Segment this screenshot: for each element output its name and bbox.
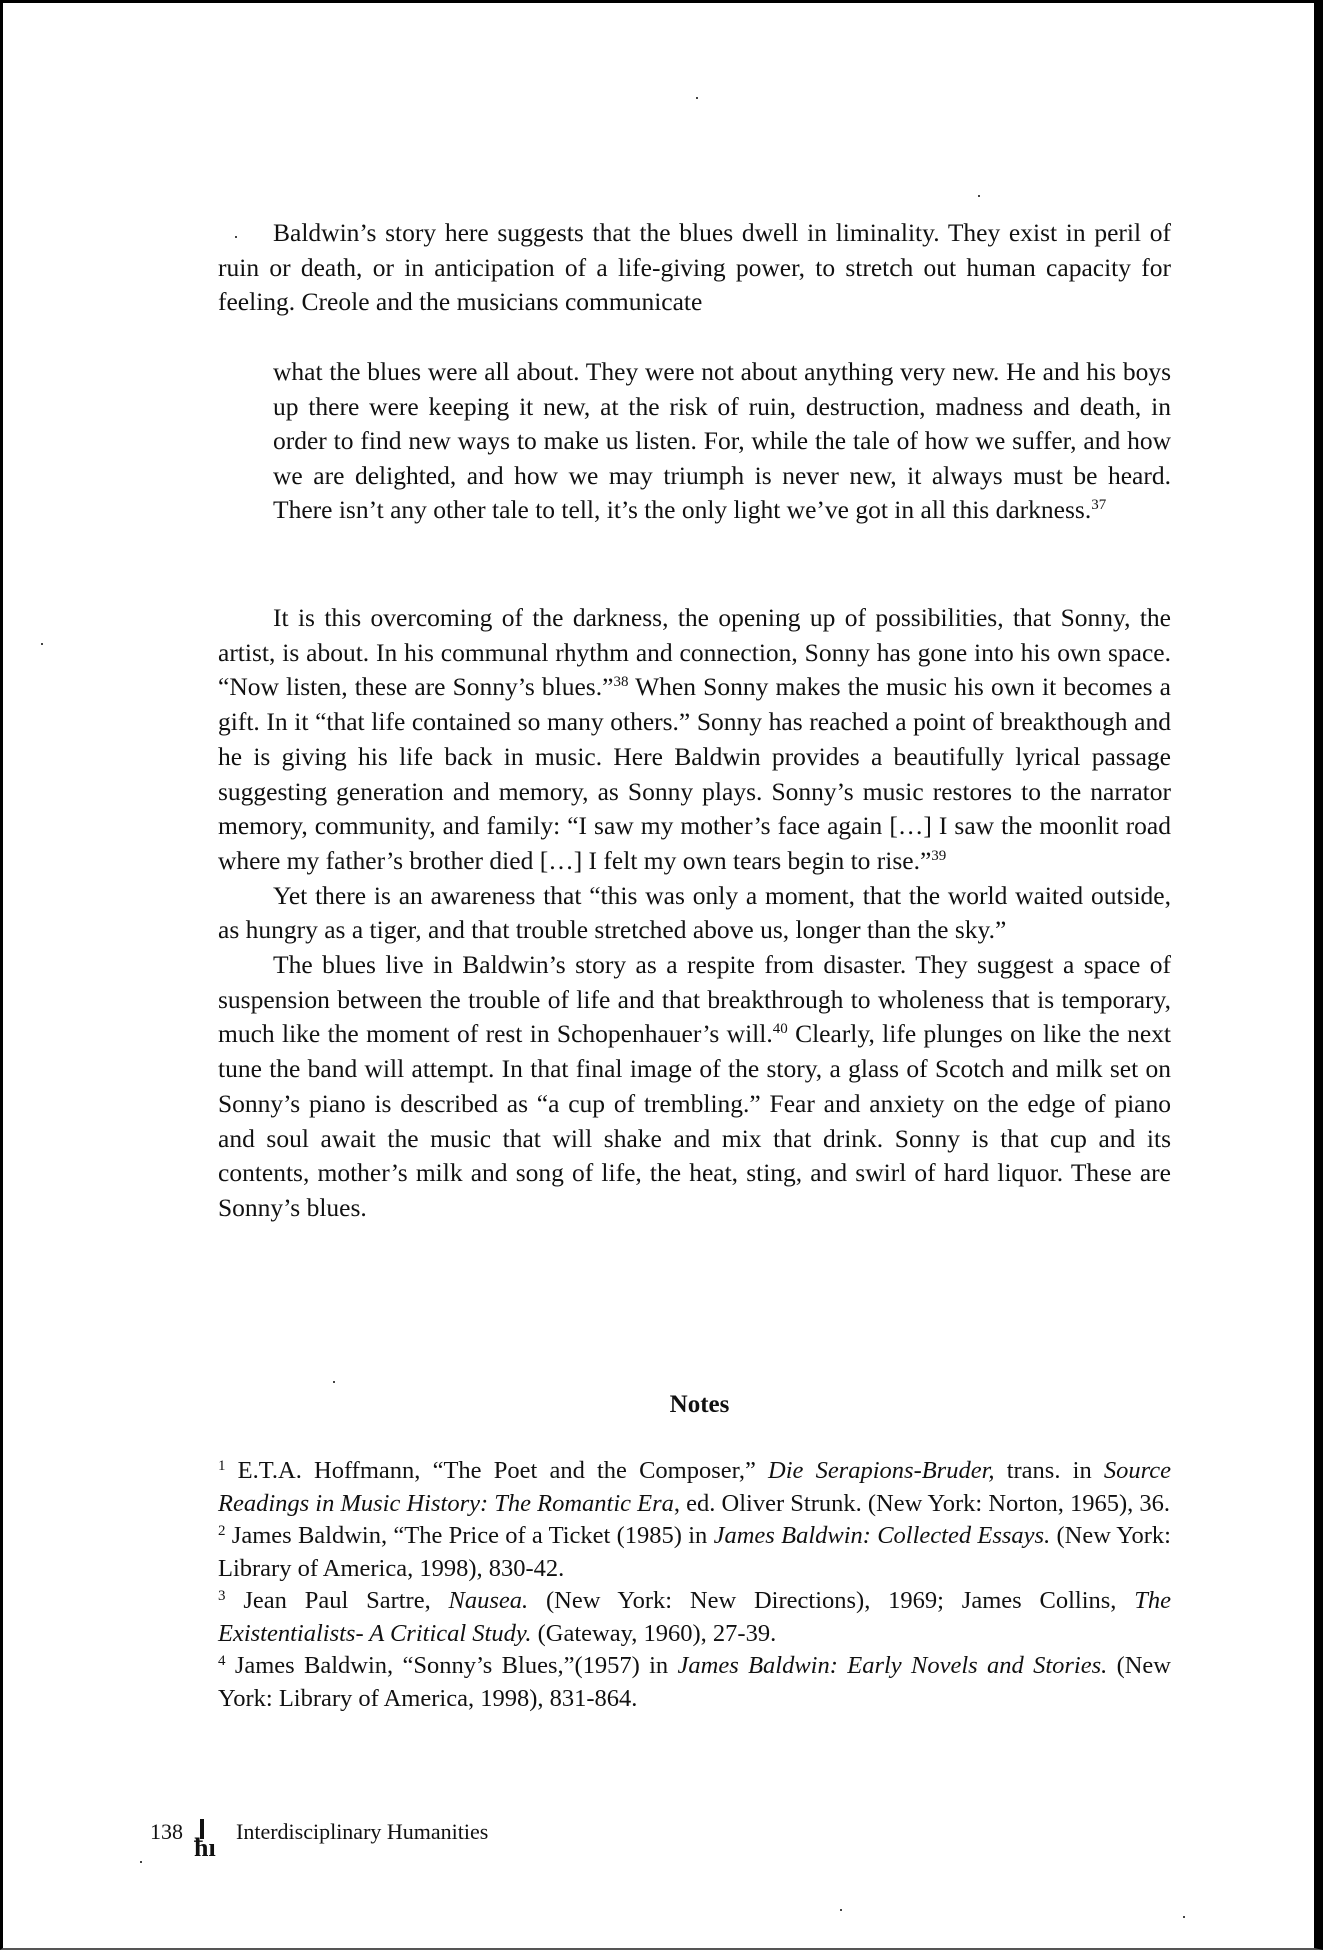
note-text: E.T.A. Hoffmann, “The Poet and the Compo…: [226, 1457, 769, 1484]
note-item: 4 James Baldwin, “Sonny’s Blues,”(1957) …: [218, 1650, 1171, 1715]
note-text: Jean Paul Sartre,: [226, 1587, 449, 1614]
block-quote: what the blues were all about. They were…: [273, 355, 1171, 528]
footnote-ref-39[interactable]: 39: [931, 848, 946, 864]
note-text: James Baldwin, “Sonny’s Blues,”(1957) in: [226, 1652, 678, 1679]
note-text: (New York: New Directions), 1969; James …: [528, 1587, 1134, 1614]
scan-speck: [696, 97, 698, 99]
note-text: , ed. Oliver Strunk. (New York: Norton, …: [674, 1490, 1170, 1517]
notes-list: 1 E.T.A. Hoffmann, “The Poet and the Com…: [218, 1455, 1171, 1715]
body-paragraph-1: Baldwin’s story here suggests that the b…: [218, 216, 1171, 320]
body-paragraph-4: The blues live in Baldwin’s story as a r…: [218, 948, 1171, 1226]
document-page: Baldwin’s story here suggests that the b…: [0, 0, 1323, 1950]
footnote-ref-40[interactable]: 40: [773, 1021, 788, 1037]
note-italic-title: Nausea.: [449, 1587, 529, 1614]
note-number: 2: [218, 1523, 226, 1539]
note-number: 1: [218, 1458, 226, 1474]
journal-logo-icon: ħı: [194, 1817, 214, 1867]
footnote-ref-37[interactable]: 37: [1091, 497, 1106, 513]
note-text: (Gateway, 1960), 27-39.: [532, 1620, 777, 1647]
scan-speck: [41, 643, 43, 645]
block-quote-text: what the blues were all about. They were…: [273, 357, 1171, 524]
scan-speck: [235, 236, 237, 238]
scan-speck: [840, 1909, 842, 1911]
note-number: 4: [218, 1653, 226, 1669]
scan-speck: [1183, 1916, 1185, 1918]
footnote-ref-38[interactable]: 38: [613, 674, 628, 690]
scan-speck: [333, 1381, 335, 1383]
paragraph-text: Clearly, life plunges on like the next t…: [218, 1019, 1171, 1222]
body-paragraphs: It is this overcoming of the darkness, t…: [218, 601, 1171, 1226]
body-paragraph-2: It is this overcoming of the darkness, t…: [218, 601, 1171, 879]
body-paragraph-3: Yet there is an awareness that “this was…: [218, 879, 1171, 948]
journal-name: Interdisciplinary Humanities: [236, 1819, 488, 1845]
note-number: 3: [218, 1588, 226, 1604]
note-italic-title: Die Serapions-Bruder,: [768, 1457, 995, 1484]
paragraph-text: When Sonny makes the music his own it be…: [218, 672, 1171, 875]
scan-speck: [140, 1861, 142, 1863]
page-number: 138: [150, 1819, 183, 1845]
notes-heading: Notes: [3, 1391, 1323, 1419]
note-text: James Baldwin, “The Price of a Ticket (1…: [226, 1522, 714, 1549]
scan-speck: [978, 195, 980, 197]
note-item: 1 E.T.A. Hoffmann, “The Poet and the Com…: [218, 1455, 1171, 1520]
paragraph-text: Baldwin’s story here suggests that the b…: [218, 216, 1171, 320]
note-italic-title: James Baldwin: Collected Essays.: [714, 1522, 1051, 1549]
note-item: 3 Jean Paul Sartre, Nausea. (New York: N…: [218, 1585, 1171, 1650]
note-italic-title: James Baldwin: Early Novels and Stories.: [678, 1652, 1108, 1679]
note-text: trans. in: [995, 1457, 1104, 1484]
note-item: 2 James Baldwin, “The Price of a Ticket …: [218, 1520, 1171, 1585]
